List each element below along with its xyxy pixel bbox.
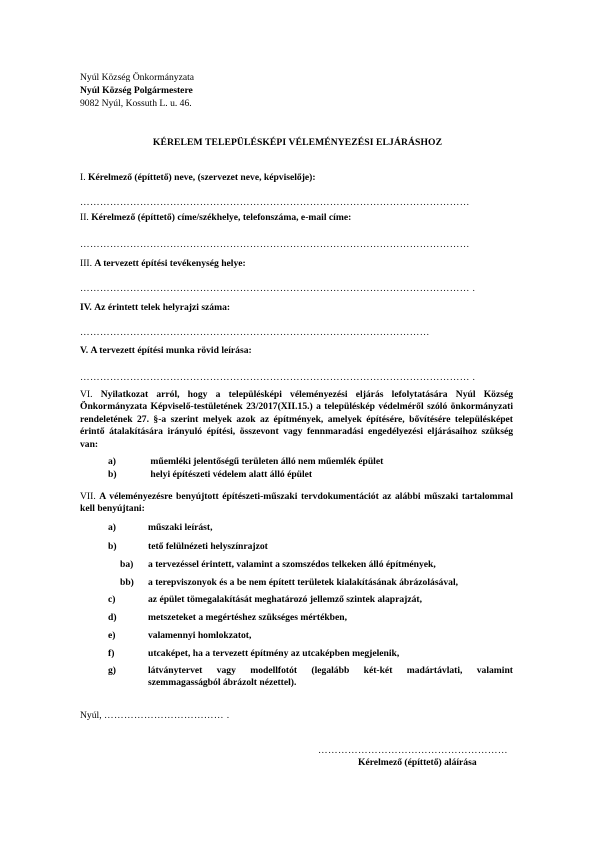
section-label: A tervezett építési tevékenység helye:	[94, 258, 245, 269]
section-label: A tervezett építési munka rövid leírása:	[91, 345, 252, 356]
s7-item-e: e)valamennyi homlokzatot,	[108, 630, 251, 641]
item-label: e)	[108, 630, 148, 641]
s7-item-b: b)tető felülnézeti helyszínrajzot	[108, 541, 268, 552]
item-text: műszaki leírást,	[148, 522, 213, 533]
item-text: utcaképet, ha a tervezett építmény az ut…	[148, 648, 399, 659]
item-label: d)	[108, 612, 148, 623]
section-2-fill-line[interactable]: ………………………………………………………………………………………………………	[80, 239, 470, 250]
section-number: VI.	[80, 389, 93, 400]
s7-item-ba: ba)a tervezéssel érintett, valamint a sz…	[120, 559, 436, 570]
section-number: III.	[80, 258, 92, 269]
item-label: c)	[108, 594, 148, 605]
s7-item-f: f)utcaképet, ha a tervezett építmény az …	[108, 648, 399, 659]
section-4-heading: IV. Az érintett telek helyrajzi száma:	[80, 302, 230, 313]
section-3-fill-line[interactable]: ……………………………………………………………………………………………………… …	[80, 283, 475, 294]
s7-item-g: g) látványtervet vagy modellfotót (legal…	[108, 665, 513, 690]
section-text: A véleményezésre benyújtott építészeti-m…	[80, 491, 513, 514]
section-7-statement: VII. A véleményezésre benyújtott építész…	[80, 491, 513, 516]
section-label: Kérelmező (építtető) címe/székhelye, tel…	[91, 212, 351, 223]
item-label: bb)	[120, 577, 148, 588]
option-text: helyi építészeti védelem alatt álló épül…	[150, 469, 312, 480]
section-4-fill-line[interactable]: ……………………………………………………………………………………………	[80, 327, 430, 338]
section-label: Kérelmező (építtető) neve, (szervezet ne…	[88, 172, 316, 183]
section-5-fill-line[interactable]: ……………………………………………………………………………………………………… …	[80, 372, 475, 383]
issuer-mayor: Nyúl Község Polgármestere	[80, 85, 193, 96]
s6-option-a[interactable]: a) műemléki jelentőségű területen álló n…	[108, 456, 383, 467]
issuer-address: 9082 Nyúl, Kossuth L. u. 46.	[80, 98, 192, 109]
date-fill-line[interactable]: ……………………………… .	[104, 710, 230, 721]
section-number: I.	[80, 172, 86, 183]
section-number: V.	[80, 345, 88, 356]
document-title: KÉRELEM TELEPÜLÉSKÉPI VÉLEMÉNYEZÉSI ELJÁ…	[0, 137, 595, 148]
option-label: a)	[108, 456, 148, 467]
item-label: b)	[108, 541, 148, 552]
item-label: g)	[108, 665, 148, 690]
item-text: metszeteket a megértéshez szükséges mért…	[148, 612, 347, 623]
item-label: f)	[108, 648, 148, 659]
item-text: látványtervet vagy modellfotót (legalább…	[148, 665, 513, 690]
section-1-fill-line[interactable]: ………………………………………………………………………………………………………	[80, 197, 470, 208]
signature-label: Kérelmező (építtető) aláírása	[358, 757, 477, 768]
section-1-heading: I. Kérelmező (építtető) neve, (szervezet…	[80, 172, 316, 183]
section-number: VII.	[80, 491, 96, 502]
option-label: b)	[108, 469, 148, 480]
section-number: II.	[80, 212, 89, 223]
signature-fill-line[interactable]: …………………………………………………	[318, 745, 508, 756]
section-number: IV.	[80, 302, 92, 313]
issuer-municipality: Nyúl Község Önkormányzata	[80, 72, 194, 83]
item-text: a terepviszonyok és a be nem épített ter…	[148, 577, 458, 588]
section-3-heading: III. A tervezett építési tevékenység hel…	[80, 258, 246, 269]
section-label: Az érintett telek helyrajzi száma:	[94, 302, 230, 313]
s7-item-a: a)műszaki leírást,	[108, 522, 213, 533]
item-text: az épület tömegalakítását meghatározó je…	[148, 594, 422, 605]
s6-option-b[interactable]: b) helyi építészeti védelem alatt álló é…	[108, 469, 312, 480]
item-text: tető felülnézeti helyszínrajzot	[148, 541, 268, 552]
item-text: valamennyi homlokzatot,	[148, 630, 251, 641]
item-label: ba)	[120, 559, 148, 570]
option-text: műemléki jelentőségű területen álló nem …	[150, 456, 383, 467]
place-label: Nyúl,	[80, 710, 102, 721]
section-5-heading: V. A tervezett építési munka rövid leírá…	[80, 345, 252, 356]
s7-item-bb: bb)a terepviszonyok és a be nem épített …	[120, 577, 458, 588]
section-6-statement: VI. Nyilatkozat arról, hogy a településk…	[80, 389, 513, 451]
s7-item-c: c)az épület tömegalakítását meghatározó …	[108, 594, 422, 605]
s7-item-d: d)metszeteket a megértéshez szükséges mé…	[108, 612, 347, 623]
place-date-line: Nyúl, ……………………………… .	[80, 710, 230, 721]
section-2-heading: II. Kérelmező (építtető) címe/székhelye,…	[80, 212, 351, 223]
section-text: Nyilatkozat arról, hogy a településképi …	[80, 389, 513, 450]
item-text: a tervezéssel érintett, valamint a szoms…	[148, 559, 436, 570]
item-label: a)	[108, 522, 148, 533]
